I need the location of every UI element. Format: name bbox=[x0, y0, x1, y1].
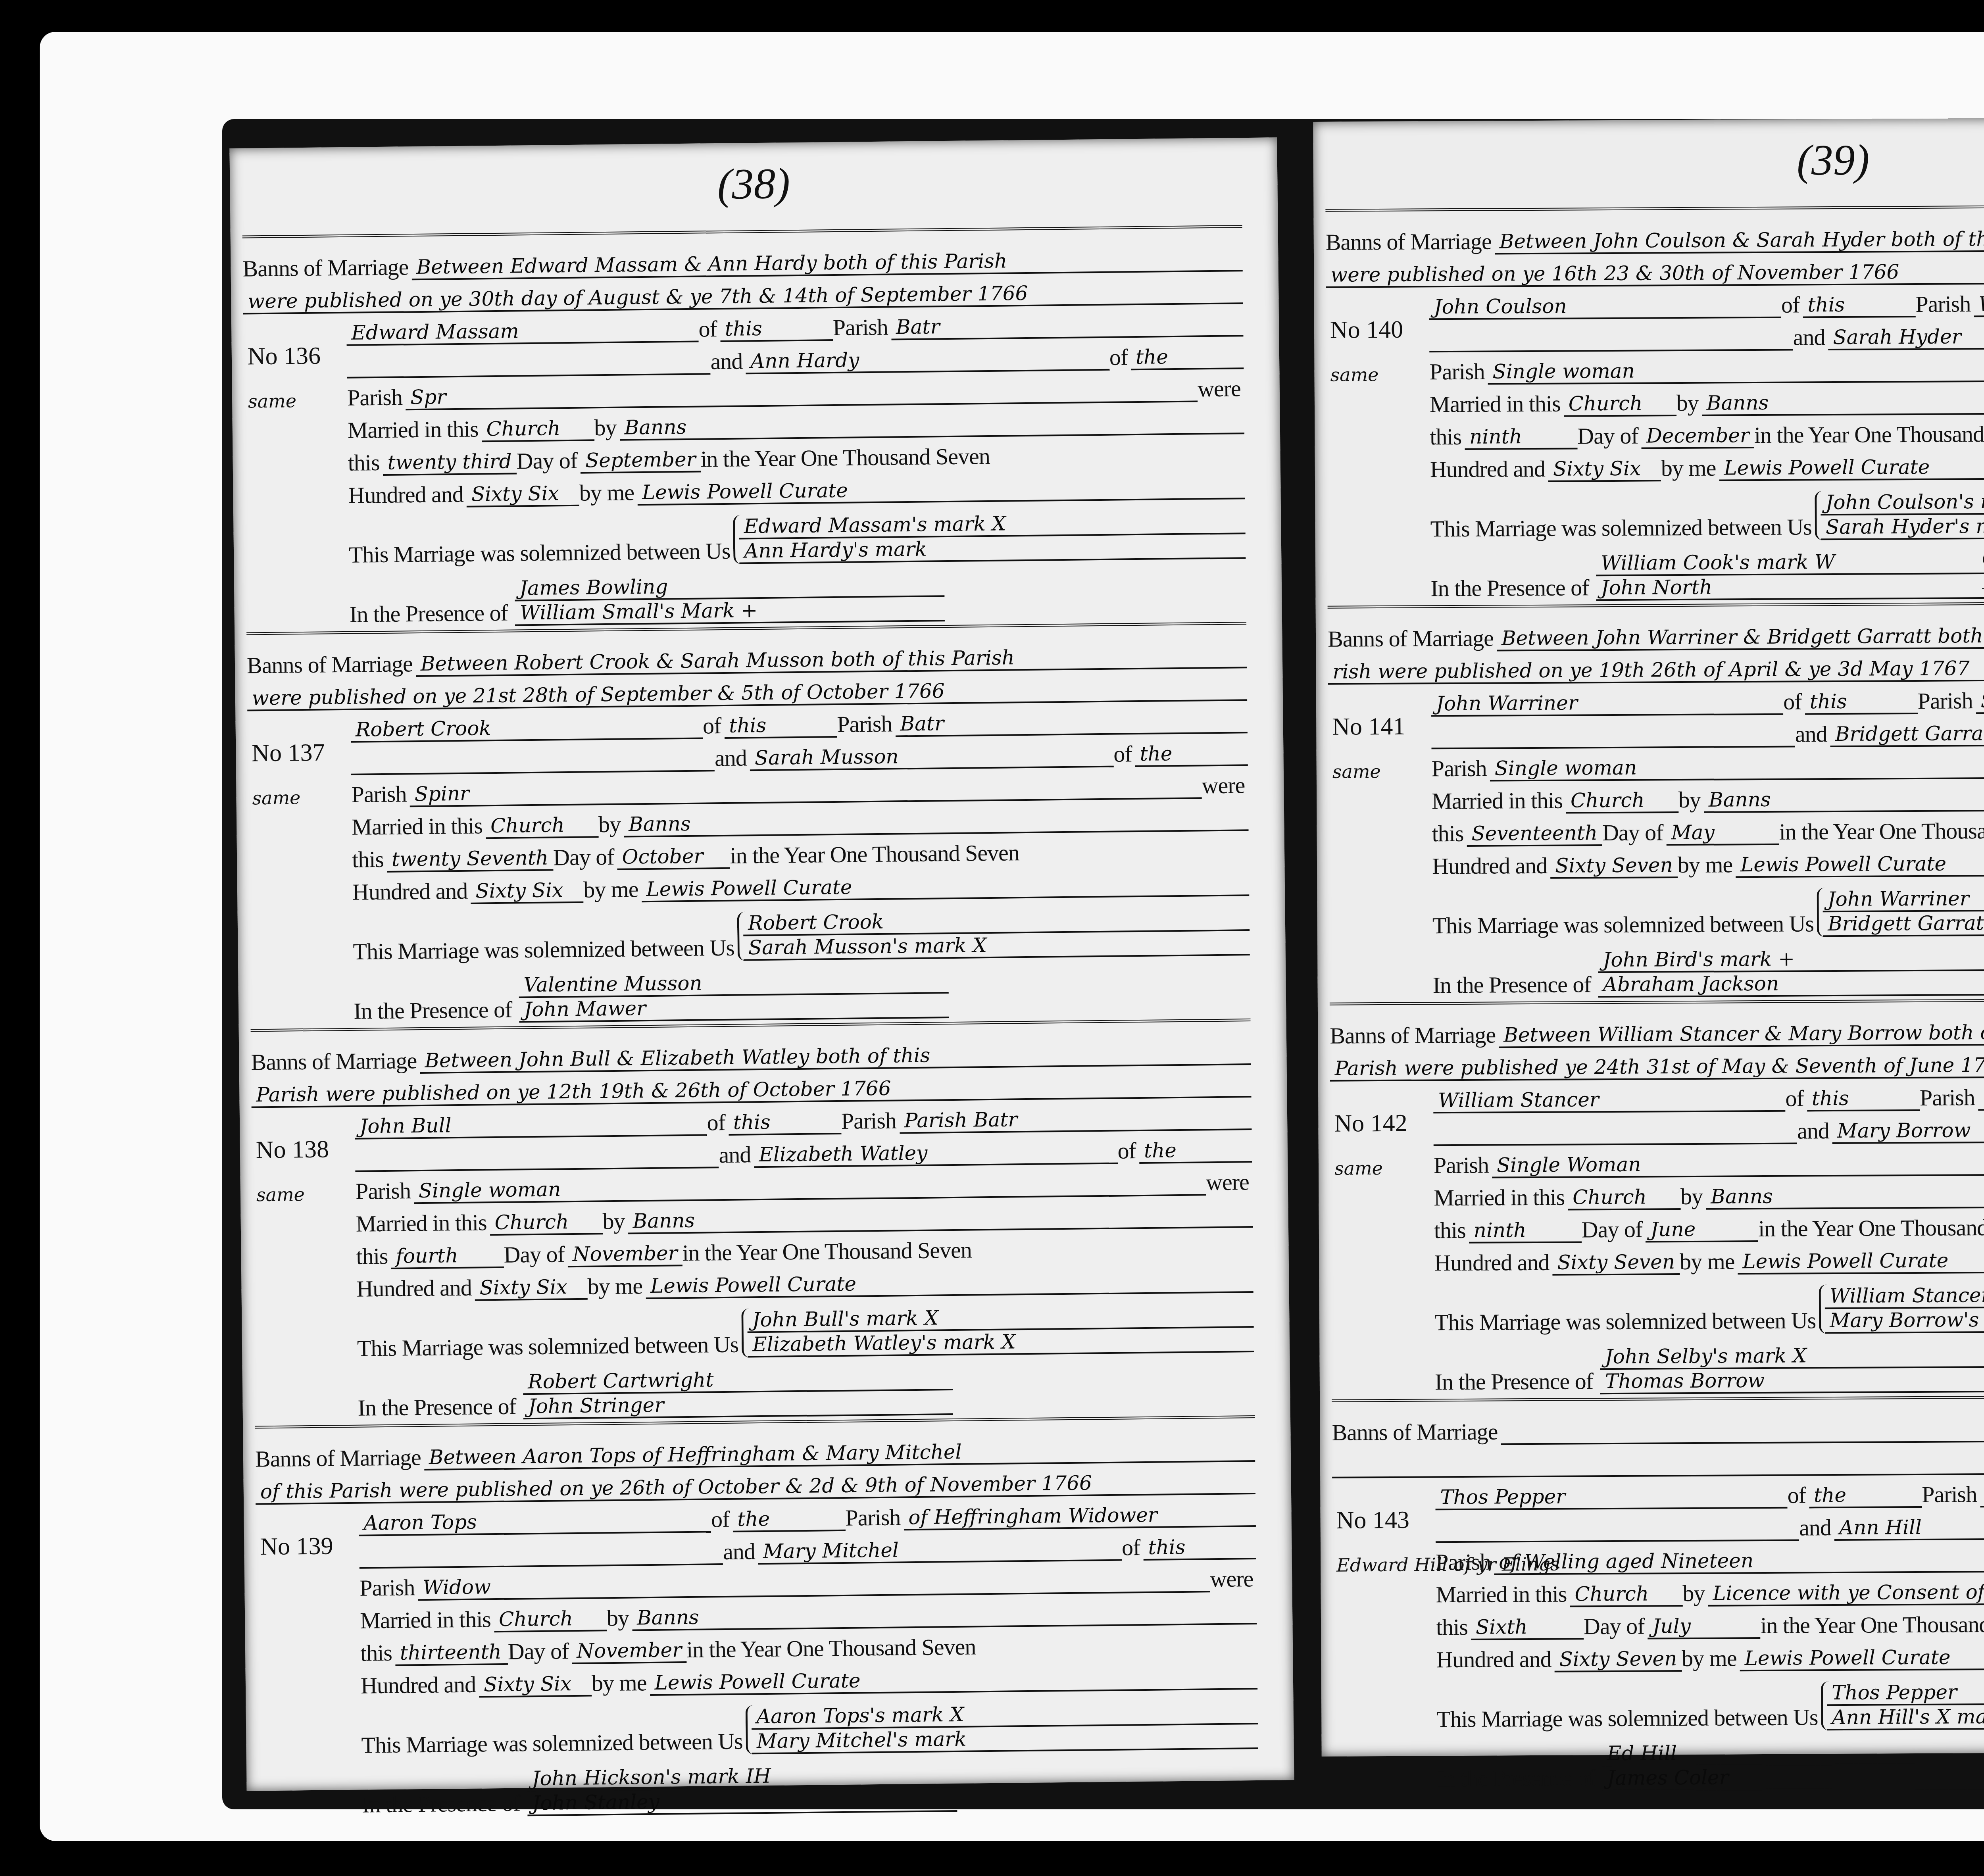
entry-number: No 141 bbox=[1332, 713, 1405, 741]
entry-number: No 138 bbox=[256, 1135, 329, 1164]
place: Church bbox=[1570, 1582, 1682, 1607]
place: Church bbox=[481, 416, 594, 442]
entry-divider bbox=[1330, 998, 1984, 1009]
witnesses: Ed HillJames Coler bbox=[1598, 1740, 1984, 1791]
label-of: of bbox=[703, 712, 725, 739]
place: Church bbox=[490, 1210, 603, 1236]
form-line: Married in thisChurchbyLicence with ye C… bbox=[1436, 1570, 1984, 1608]
witness: John Stringer bbox=[523, 1390, 953, 1419]
form-line: John WarrinerofthisParishSinglemanNo 141 bbox=[1431, 680, 1984, 717]
label-parish: Parish bbox=[356, 1177, 414, 1205]
label-year: in the Year One Thousand Seven bbox=[700, 443, 993, 473]
label-married-in: Married in this bbox=[1434, 1184, 1568, 1211]
officiant: Lewis Powell Curate bbox=[1738, 1247, 1984, 1274]
method: Banns bbox=[1702, 388, 1984, 416]
label-this: this bbox=[360, 1640, 396, 1666]
label-by-me: by me bbox=[1680, 1248, 1738, 1275]
label-of: of bbox=[711, 1506, 733, 1533]
label-of: of bbox=[1113, 740, 1135, 767]
place: Church bbox=[1568, 1185, 1680, 1210]
margin-note: same bbox=[1334, 1157, 1383, 1179]
form-line: andAnn Hillofthe bbox=[1436, 1505, 1984, 1543]
groom-name: Robert Crook bbox=[350, 715, 703, 743]
signatures: Edward Massam's mark XAnn Hardy's mark bbox=[733, 509, 1246, 564]
label-this: this bbox=[1436, 1614, 1471, 1640]
label-this: this bbox=[352, 846, 387, 873]
year: Sixty Six bbox=[475, 1275, 588, 1301]
label-banns: Banns of Marriage bbox=[242, 254, 412, 282]
label-by-me: by me bbox=[587, 1272, 646, 1300]
witness: John Stanley bbox=[527, 1787, 957, 1816]
label-by: by bbox=[1682, 1580, 1708, 1607]
entry-number: No 136 bbox=[248, 342, 321, 371]
label-hundred: Hundred and bbox=[356, 1274, 475, 1302]
witness: John Mawer bbox=[519, 994, 949, 1023]
register-page-right: (39) Banns of MarriageBetween John Couls… bbox=[1313, 116, 1984, 1757]
label-banns: Banns of Marriage bbox=[1328, 625, 1497, 652]
witness: John Selby's mark X bbox=[1600, 1343, 1984, 1370]
day: ninth bbox=[1465, 425, 1577, 450]
method: Banns bbox=[1706, 1182, 1984, 1209]
marriage-entry: Banns of MarriageThos PepperoftheParisho… bbox=[1332, 1394, 1984, 1792]
officiant: Lewis Powell Curate bbox=[1719, 454, 1984, 481]
label-of: of bbox=[698, 315, 720, 342]
label-of: of bbox=[1785, 1085, 1807, 1111]
method: Licence with ye Consent of her Father bbox=[1708, 1578, 1984, 1606]
label-solemnized: This Marriage was solemnized between Us bbox=[1434, 1307, 1819, 1336]
method: Banns bbox=[1704, 785, 1984, 813]
label-this: this bbox=[1434, 1217, 1469, 1244]
label-hundred: Hundred and bbox=[352, 878, 471, 905]
signatures: Robert CrookSarah Musson's mark X bbox=[737, 906, 1250, 961]
form-line: Parish were published ye 24th 31st of Ma… bbox=[1330, 1044, 1984, 1082]
groom-parish: this bbox=[724, 713, 837, 739]
bride-status: of Welling aged Nineteen bbox=[1494, 1546, 1984, 1575]
bride-status: Single Woman bbox=[1492, 1149, 1984, 1178]
groom-parish: the bbox=[732, 1507, 846, 1532]
witnesses: John Hickson's mark IHJohn Stanley bbox=[523, 1763, 957, 1816]
form-line: Married in thisChurchbyBanns bbox=[1430, 381, 1984, 418]
published-text: rish were published on ye 19th 26th of A… bbox=[1328, 655, 1984, 685]
label-presence: In the Presence of bbox=[362, 1790, 524, 1818]
label-hundred: Hundred and bbox=[361, 1671, 479, 1699]
entry-number: No 137 bbox=[252, 739, 325, 768]
bride-status: Single woman bbox=[1490, 753, 1984, 781]
published-text: Parish were published ye 24th 31st of Ma… bbox=[1330, 1052, 1984, 1082]
label-by-me: by me bbox=[1678, 851, 1736, 878]
marriage-entry: Banns of MarriageBetween Aaron Tops of H… bbox=[255, 1415, 1259, 1819]
label-of: of bbox=[1788, 1482, 1809, 1508]
witness: Abraham Jackson bbox=[1598, 971, 1984, 998]
month: October bbox=[617, 844, 730, 870]
label-banns: Banns of Marriage bbox=[247, 650, 416, 679]
signature: Ann Hill's X mark bbox=[1827, 1703, 1984, 1730]
label-were: were bbox=[1210, 1565, 1256, 1592]
witness: John Hickson's mark IH bbox=[527, 1763, 957, 1791]
year: Sixty Six bbox=[1548, 457, 1661, 482]
signature: Mary Borrow's mark bbox=[1825, 1306, 1984, 1334]
officiant: Lewis Powell Curate bbox=[1740, 1643, 1984, 1671]
signatures: John Bull's mark XElizabeth Watley's mar… bbox=[741, 1303, 1254, 1358]
label-parish: Parish bbox=[833, 314, 892, 341]
day: thirteenth bbox=[395, 1640, 508, 1666]
signature: John Warriner bbox=[1823, 885, 1984, 913]
label-married-in: Married in this bbox=[1430, 390, 1564, 418]
groom-name: Aaron Tops bbox=[359, 1508, 711, 1536]
groom-status: Singleman bbox=[1976, 688, 1984, 714]
label-by-me: by me bbox=[579, 479, 637, 506]
bride-name: Mary Mitchel bbox=[758, 1536, 1122, 1565]
label-presence: In the Presence of bbox=[1437, 1765, 1598, 1792]
signature: William Stancer bbox=[1825, 1282, 1984, 1309]
label-married-in: Married in this bbox=[1432, 787, 1566, 815]
place: Church bbox=[486, 813, 599, 839]
label-this: this bbox=[1430, 423, 1465, 450]
groom-parish: this bbox=[729, 1110, 842, 1136]
signature: John Coulson's mark bbox=[1821, 488, 1984, 516]
label-parish: Parish bbox=[1917, 687, 1976, 714]
form-line: In the Presence ofJames BowlingWilliam S… bbox=[349, 562, 944, 628]
day: fourth bbox=[391, 1244, 504, 1269]
margin-note: same bbox=[248, 390, 296, 412]
label-parish: Parish bbox=[1915, 290, 1974, 317]
label-solemnized: This Marriage was solemnized between Us bbox=[353, 934, 738, 965]
label-and: and bbox=[1799, 1514, 1834, 1541]
label-by: by bbox=[1678, 786, 1704, 813]
label-married-in: Married in this bbox=[356, 1209, 490, 1237]
groom-parish: this bbox=[1805, 690, 1917, 715]
label-by: by bbox=[607, 1605, 632, 1632]
register-note: Copy'd & sent to Horton Lewis Powell Cur… bbox=[1982, 545, 1984, 594]
label-parish: Parish bbox=[845, 1504, 904, 1531]
published-text: were published on ye 16th 23 & 30th of N… bbox=[1326, 258, 1984, 288]
label-by-me: by me bbox=[592, 1669, 650, 1697]
month: November bbox=[572, 1638, 686, 1664]
label-solemnized: This Marriage was solemnized between Us bbox=[361, 1728, 746, 1759]
bride-name: Mary Borrow bbox=[1832, 1117, 1984, 1144]
signature: Sarah Hyder's mark bbox=[1821, 513, 1984, 540]
form-line: In the Presence ofJohn Hickson's mark IH… bbox=[361, 1752, 957, 1818]
form-line: thisninthDay ofDecemberin the Year One T… bbox=[1430, 413, 1984, 450]
label-this: this bbox=[348, 449, 383, 476]
label-this: this bbox=[1432, 820, 1467, 847]
label-parish: Parish bbox=[837, 710, 896, 738]
witnesses: John Bird's mark +Abraham Jackson bbox=[1594, 946, 1984, 998]
form-line: thisSixthDay ofJulyin the Year One Thous… bbox=[1436, 1603, 1984, 1640]
witness: Ed Hill bbox=[1602, 1740, 1984, 1766]
register-page-left: (38) Banns of MarriageBetween Edward Mas… bbox=[229, 137, 1294, 1791]
label-day-of: Day of bbox=[516, 447, 581, 475]
label-of: of bbox=[1781, 291, 1803, 318]
witness: John Bird's mark + bbox=[1598, 946, 1984, 973]
month: December bbox=[1642, 424, 1755, 449]
form-line: Banns of Marriage bbox=[1332, 1408, 1984, 1445]
signatures: John Coulson's markSarah Hyder's mark bbox=[1815, 488, 1984, 540]
label-banns: Banns of Marriage bbox=[1330, 1021, 1499, 1049]
marriage-entry: Banns of MarriageBetween John Bull & Eli… bbox=[251, 1019, 1255, 1422]
groom-name: Thos Pepper bbox=[1435, 1484, 1788, 1511]
label-were: were bbox=[1202, 772, 1248, 799]
year: Sixty Six bbox=[466, 482, 579, 507]
entry-number: No 140 bbox=[1330, 316, 1403, 344]
witnesses: James BowlingWilliam Small's Mark + bbox=[511, 572, 945, 626]
form-line: This Marriage was solemnized between UsT… bbox=[1436, 1668, 1984, 1732]
form-line bbox=[1332, 1440, 1984, 1478]
label-presence: In the Presence of bbox=[1432, 971, 1594, 998]
label-by-me: by me bbox=[583, 876, 642, 903]
label-year: in the Year One Thousand Seven bbox=[730, 839, 1023, 869]
form-line: andBridgett Garrattofthe bbox=[1431, 712, 1984, 750]
label-parish: Parish bbox=[351, 780, 410, 808]
groom-status: Batr bbox=[895, 709, 1248, 737]
month: September bbox=[581, 448, 701, 474]
form-line: In the Presence ofJohn Bird's mark +Abra… bbox=[1432, 936, 1984, 998]
label-were: were bbox=[1206, 1169, 1252, 1196]
label-married-in: Married in this bbox=[348, 415, 482, 444]
witness: Robert Cartwright bbox=[523, 1366, 953, 1395]
groom-status: Parish Batr bbox=[900, 1105, 1252, 1134]
label-of: of bbox=[1783, 688, 1805, 715]
form-line: were published on ye 16th 23 & 30th of N… bbox=[1326, 250, 1984, 288]
label-by-me: by me bbox=[1661, 455, 1719, 482]
form-line: Banns of MarriageBetween William Stancer… bbox=[1330, 1011, 1984, 1049]
label-presence: In the Presence of bbox=[1435, 1368, 1596, 1395]
groom-name: Edward Massam bbox=[346, 318, 699, 346]
form-line: This Marriage was solemnized between UsR… bbox=[352, 896, 1250, 965]
margin-note: same bbox=[1330, 364, 1378, 386]
label-and: and bbox=[1797, 1117, 1832, 1144]
witness: James Coler bbox=[1602, 1764, 1984, 1791]
label-married-in: Married in this bbox=[360, 1606, 494, 1634]
label-presence: In the Presence of bbox=[354, 996, 515, 1024]
label-solemnized: This Marriage was solemnized between Us bbox=[1430, 513, 1815, 542]
witness: Valentine Musson bbox=[519, 969, 948, 998]
bride-name: Sarah Hyder bbox=[1828, 324, 1984, 350]
label-year: in the Year One Thousand Seven bbox=[1754, 420, 1984, 448]
label-banns: Banns of Marriage bbox=[251, 1047, 420, 1075]
place: Church bbox=[494, 1607, 607, 1632]
label-and: and bbox=[1793, 324, 1828, 350]
label-by: by bbox=[1676, 390, 1701, 416]
form-line: Banns of MarriageBetween John Warriner &… bbox=[1328, 615, 1984, 652]
label-day-of: Day of bbox=[504, 1241, 568, 1268]
groom-status: Widower bbox=[1978, 1084, 1984, 1111]
label-hundred: Hundred and bbox=[1432, 852, 1551, 880]
label-parish: Parish bbox=[1920, 1084, 1978, 1111]
year: Sixty Seven bbox=[1555, 1647, 1682, 1672]
groom-name: John Warriner bbox=[1431, 690, 1784, 717]
day: Sixth bbox=[1471, 1615, 1584, 1640]
form-line: ParishSingle womanweresame bbox=[1432, 745, 1984, 782]
label-presence: In the Presence of bbox=[1430, 574, 1592, 602]
bride-parish: this bbox=[1143, 1535, 1256, 1561]
groom-name: John Coulson bbox=[1429, 294, 1782, 320]
label-banns: Banns of Marriage bbox=[1326, 228, 1495, 255]
bride-status: Single woman bbox=[1488, 356, 1984, 384]
form-line: In the Presence ofRobert CartwrightJohn … bbox=[357, 1355, 953, 1421]
form-line: Thos PepperoftheParishof Swinderhead Wid… bbox=[1435, 1473, 1984, 1510]
entry-divider bbox=[1328, 601, 1984, 612]
margin-note: Edward Hill of yr Elings bbox=[1336, 1553, 1560, 1576]
groom-status: of Heffringham Widower bbox=[904, 1502, 1256, 1530]
form-line: thisSeventeenthDay ofMayin the Year One … bbox=[1432, 810, 1984, 847]
label-of: of bbox=[1117, 1137, 1139, 1164]
form-line: In the Presence ofValentine MussonJohn M… bbox=[353, 959, 949, 1024]
label-year: in the Year One Thousand Seven bbox=[1760, 1611, 1984, 1639]
form-line: andMary Borrowofthe bbox=[1433, 1109, 1984, 1146]
signatures: William StancerMary Borrow's mark bbox=[1819, 1282, 1984, 1334]
label-hundred: Hundred and bbox=[348, 481, 467, 509]
place: Church bbox=[1564, 392, 1676, 417]
label-year: in the Year One Thousand Seven bbox=[686, 1633, 979, 1663]
label-by: by bbox=[602, 1208, 628, 1235]
label-year: in the Year One Thousand Seven bbox=[1779, 817, 1984, 845]
day: Seventeenth bbox=[1467, 821, 1602, 847]
signature: Elizabeth Watley's mark X bbox=[748, 1328, 1254, 1357]
witness: James Bowling bbox=[515, 572, 944, 601]
form-line: Hundred andSixty Sevenby meLewis Powell … bbox=[1436, 1636, 1984, 1673]
form-line: In the Presence ofEd HillJames Coler bbox=[1436, 1729, 1984, 1792]
month: May bbox=[1666, 821, 1779, 846]
form-line: This Marriage was solemnized between UsA… bbox=[361, 1690, 1258, 1759]
marriage-entry: Banns of MarriageBetween William Stancer… bbox=[1330, 998, 1984, 1396]
margin-note: same bbox=[256, 1184, 305, 1205]
label-of: of bbox=[707, 1109, 729, 1136]
signature: Ann Hardy's mark bbox=[739, 534, 1246, 564]
label-day-of: Day of bbox=[1581, 1216, 1646, 1243]
label-by: by bbox=[1680, 1183, 1706, 1210]
year: Sixty Seven bbox=[1550, 853, 1678, 879]
form-line: Married in thisChurchbyBanns bbox=[1432, 777, 1984, 815]
entry-number: No 143 bbox=[1336, 1506, 1410, 1535]
form-line: This Marriage was solemnized between UsW… bbox=[1434, 1271, 1984, 1336]
witnesses: William Cook's mark WJohn North bbox=[1592, 550, 1984, 601]
label-of: of bbox=[1122, 1534, 1144, 1561]
groom-status: Batr bbox=[891, 312, 1244, 340]
day: twenty Seventh bbox=[387, 846, 554, 872]
label-hundred: Hundred and bbox=[1430, 456, 1549, 483]
groom-name: John Bull bbox=[355, 1111, 707, 1139]
witnesses: Robert CartwrightJohn Stringer bbox=[519, 1366, 953, 1419]
form-line: ParishSingle womanweresame bbox=[1429, 348, 1984, 385]
officiant: Lewis Powell Curate bbox=[1736, 850, 1984, 878]
form-line: ParishSingle Womanweresame bbox=[1434, 1142, 1984, 1179]
bride-name: Ann Hill bbox=[1834, 1514, 1984, 1541]
label-solemnized: This Marriage was solemnized between Us bbox=[1436, 1704, 1821, 1732]
label-this: this bbox=[356, 1243, 391, 1270]
form-line: Parishof Welling aged NineteenwereEdward… bbox=[1436, 1538, 1984, 1575]
groom-parish: this bbox=[1803, 293, 1915, 318]
signatures: Thos PepperAnn Hill's X mark bbox=[1821, 1678, 1984, 1730]
label-banns: Banns of Marriage bbox=[255, 1444, 425, 1472]
label-by: by bbox=[598, 811, 624, 838]
label-and: and bbox=[719, 1141, 754, 1168]
entry-number: No 142 bbox=[1334, 1109, 1407, 1138]
label-and: and bbox=[710, 348, 746, 375]
label-married-in: Married in this bbox=[1436, 1581, 1570, 1608]
marriage-entry: Banns of MarriageBetween John Warriner &… bbox=[1328, 601, 1984, 999]
groom-parish: the bbox=[1809, 1483, 1922, 1508]
place: Church bbox=[1566, 788, 1678, 813]
label-parish: Parish bbox=[841, 1107, 900, 1134]
bride-parish: the bbox=[1131, 344, 1244, 370]
signature: Mary Mitchel's mark bbox=[752, 1724, 1258, 1754]
day: twenty third bbox=[383, 450, 517, 476]
groom-parish: this bbox=[1807, 1086, 1920, 1111]
year: Sixty Seven bbox=[1552, 1250, 1680, 1276]
form-line: thisninthDay ofJunein the Year One Thous… bbox=[1434, 1206, 1984, 1244]
label-day-of: Day of bbox=[1584, 1613, 1648, 1640]
form-line: In the Presence ofJohn Selby's mark XTho… bbox=[1434, 1332, 1984, 1395]
bride-name: Bridgett Garratt bbox=[1830, 721, 1984, 747]
entry-number: No 139 bbox=[260, 1532, 333, 1561]
signature: Thos Pepper bbox=[1827, 1678, 1984, 1706]
label-solemnized: This Marriage was solemnized between Us bbox=[1432, 910, 1817, 939]
label-and: and bbox=[715, 744, 750, 771]
label-hundred: Hundred and bbox=[1436, 1646, 1555, 1673]
label-year: in the Year One Thousand Seven bbox=[682, 1236, 975, 1266]
bride-parish: the bbox=[1139, 1138, 1252, 1164]
label-and: and bbox=[723, 1538, 758, 1565]
label-parish: Parish bbox=[360, 1574, 418, 1601]
form-line: This Marriage was solemnized between UsJ… bbox=[1430, 478, 1984, 542]
month: November bbox=[568, 1242, 682, 1267]
form-line: Hundred andSixty Sixby meLewis Powell Cu… bbox=[1430, 446, 1984, 483]
label-of: of bbox=[1109, 344, 1131, 371]
label-banns: Banns of Marriage bbox=[1332, 1418, 1501, 1445]
bride-name: Ann Hardy bbox=[746, 346, 1109, 375]
margin-note: same bbox=[1332, 761, 1381, 782]
form-line: rish were published on ye 19th 26th of A… bbox=[1328, 647, 1984, 685]
label-day-of: Day of bbox=[508, 1638, 572, 1665]
bride-parish: the bbox=[1135, 741, 1248, 767]
label-solemnized: This Marriage was solemnized between Us bbox=[349, 538, 734, 568]
form-line: Married in thisChurchbyBanns bbox=[1434, 1174, 1984, 1211]
month: June bbox=[1646, 1217, 1758, 1242]
marriage-entry: Banns of MarriageBetween Robert Crook & … bbox=[246, 622, 1250, 1025]
marriage-entry: Banns of MarriageBetween Edward Massam &… bbox=[242, 225, 1246, 629]
label-parish: Parish bbox=[1432, 755, 1490, 782]
witness: William Small's Mark + bbox=[515, 597, 944, 626]
label-day-of: Day of bbox=[1577, 423, 1642, 450]
form-line: William StancerofthisParishWidowerNo 142 bbox=[1433, 1076, 1984, 1114]
form-line: This Marriage was solemnized between UsJ… bbox=[1432, 875, 1984, 939]
signature: Bridgett Garratt's mark bbox=[1823, 910, 1984, 937]
label-presence: In the Presence of bbox=[349, 600, 511, 628]
witness: William Cook's mark W bbox=[1596, 550, 1984, 577]
bride-name: Sarah Musson bbox=[750, 743, 1113, 771]
label-parish: Parish bbox=[1434, 1152, 1492, 1179]
groom-status: Widower bbox=[1974, 291, 1984, 317]
label-and: and bbox=[1795, 721, 1830, 747]
day: ninth bbox=[1469, 1218, 1582, 1243]
form-line: John CoulsonofthisParishWidowerNo 140 bbox=[1429, 283, 1984, 320]
label-by-me: by me bbox=[1682, 1645, 1740, 1672]
year: Sixty Six bbox=[471, 878, 584, 904]
form-line: Banns of MarriageBetween John Coulson & … bbox=[1326, 218, 1984, 256]
witness: John North bbox=[1596, 574, 1984, 601]
witnesses: Valentine MussonJohn Mawer bbox=[515, 969, 949, 1023]
label-presence: In the Presence of bbox=[358, 1393, 519, 1421]
entry-divider bbox=[1325, 204, 1984, 215]
witnesses: John Selby's mark XThomas Borrow bbox=[1596, 1343, 1984, 1394]
label-year: in the Year One Thousand Seven bbox=[1758, 1214, 1984, 1242]
banns-text: Between John Warriner & Bridgett Garratt… bbox=[1497, 623, 1984, 652]
label-parish: Parish bbox=[1922, 1481, 1980, 1508]
label-by: by bbox=[594, 414, 620, 441]
banns-text: Between John Coulson & Sarah Hyder both … bbox=[1495, 226, 1984, 255]
form-line: Hundred andSixty Sevenby meLewis Powell … bbox=[1434, 1239, 1984, 1276]
